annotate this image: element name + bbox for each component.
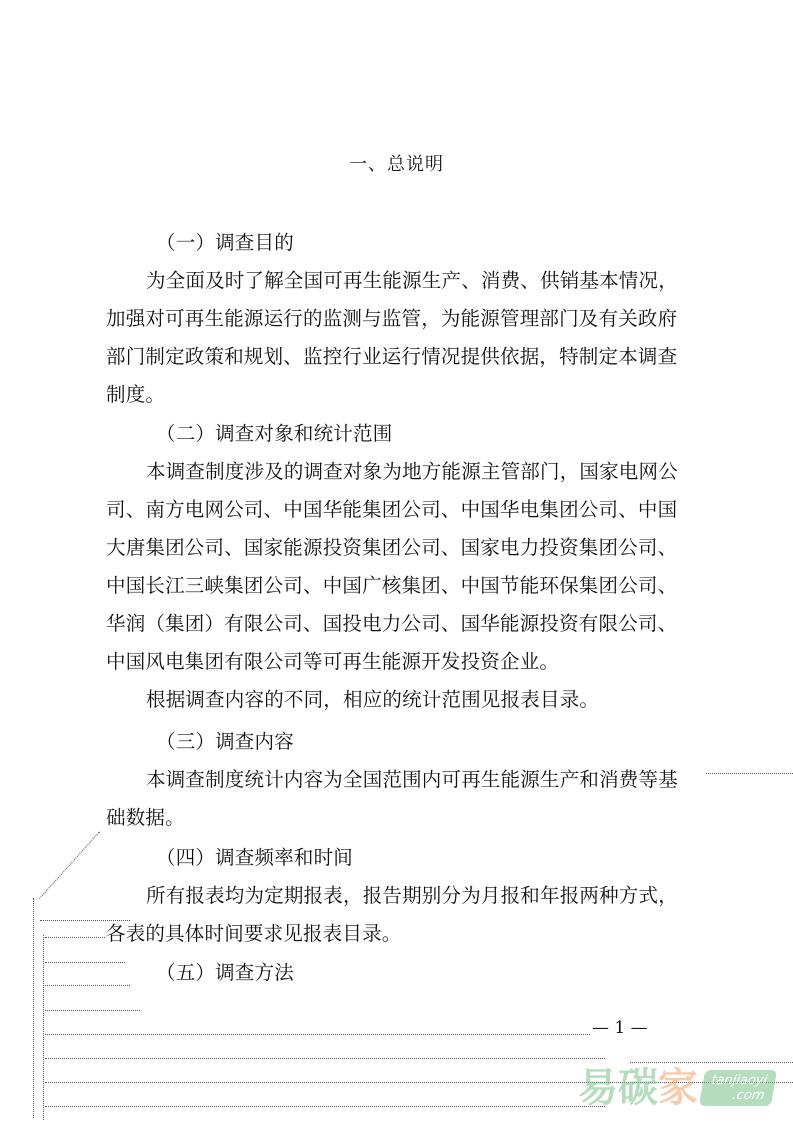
page-number: — 1 — (592, 1018, 648, 1038)
paragraph-line: 所有报表均为定期报表，报告期别分为月报和年报两种方式， (106, 883, 736, 909)
section-title: 一、总说明 (0, 150, 793, 176)
watermark-logo: 易碳 家 tanjiaoyi .com (578, 1060, 790, 1116)
paragraph-line: 础数据。 (106, 805, 696, 831)
paragraph-line: 本调查制度统计内容为全国范围内可再生能源生产和消费等基 (106, 767, 736, 793)
dotted-line (706, 773, 793, 774)
dotted-line (45, 962, 125, 963)
dotted-line (45, 1106, 605, 1107)
dotted-line (39, 831, 100, 899)
subsection-heading: （四）调查频率和时间 (106, 845, 746, 871)
paragraph-line: 大唐集团公司、国家能源投资集团公司、国家电力投资集团公司、 (106, 535, 696, 561)
document-page: 一、总说明 （一）调查目的 为全面及时了解全国可再生能源生产、消费、供销基本情况… (0, 0, 793, 1122)
dotted-line (45, 1034, 590, 1035)
watermark-domain-line2: .com (707, 1088, 765, 1103)
dotted-line (43, 935, 44, 1120)
paragraph-line: 中国长江三峡集团公司、中国广核集团、中国节能环保集团公司、 (106, 573, 696, 599)
watermark-domain-line1: tanjiaoyi (710, 1073, 768, 1088)
dotted-line (33, 898, 34, 1118)
paragraph-line: 司、南方电网公司、中国华能集团公司、中国华电集团公司、中国 (106, 497, 696, 523)
subsection-heading: （三）调查内容 (106, 729, 746, 755)
subsection-heading: （五）调查方法 (106, 960, 746, 986)
paragraph-line: 各表的具体时间要求见报表目录。 (106, 921, 696, 947)
paragraph-line: 本调查制度涉及的调查对象为地方能源主管部门，国家电网公 (106, 459, 736, 485)
paragraph-line: 为全面及时了解全国可再生能源生产、消费、供销基本情况， (106, 268, 736, 294)
paragraph-line: 根据调查内容的不同，相应的统计范围见报表目录。 (106, 687, 736, 713)
paragraph-line: 部门制定政策和规划、监控行业运行情况提供依据，特制定本调查 (106, 344, 696, 370)
dotted-line (45, 1058, 605, 1059)
watermark-domain-badge: tanjiaoyi .com (699, 1070, 777, 1106)
subsection-heading: （二）调查对象和统计范围 (106, 421, 746, 447)
dotted-line (45, 985, 130, 986)
paragraph-line: 华润（集团）有限公司、国投电力公司、国华能源投资有限公司、 (106, 611, 696, 637)
subsection-heading: （一）调查目的 (106, 230, 746, 256)
paragraph-line: 制度。 (106, 382, 696, 408)
watermark-text-orange: 家 (658, 1068, 698, 1108)
dotted-line (40, 920, 130, 921)
watermark-text-green: 易碳 (578, 1068, 658, 1108)
paragraph-line: 加强对可再生能源运行的监测与监管，为能源管理部门及有关政府 (106, 306, 696, 332)
dotted-line (45, 937, 105, 938)
paragraph-line: 中国风电集团有限公司等可再生能源开发投资企业。 (106, 649, 696, 675)
dotted-line (45, 1010, 140, 1011)
